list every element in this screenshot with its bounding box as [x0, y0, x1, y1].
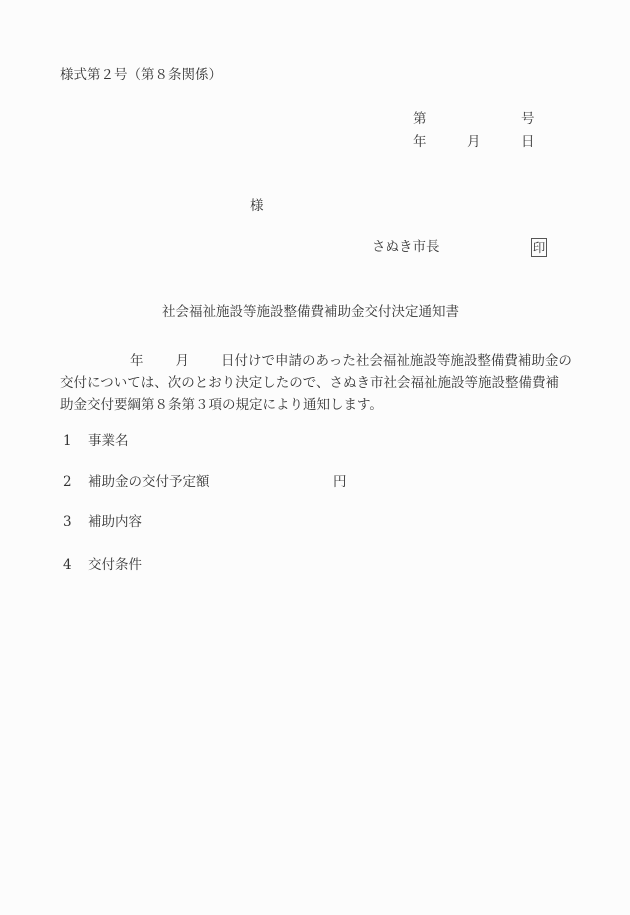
doc-number-prefix: 第 — [413, 113, 427, 127]
date-day-label: 日 — [521, 136, 535, 150]
body-line-3: 助金交付要綱第８条第３項の規定により通知します。 — [60, 394, 580, 416]
body-line-1-text: 日付けで申請のあった社会福祉施設等施設整備費補助金の — [221, 353, 572, 369]
date-year-label: 年 — [413, 136, 427, 150]
item-number: 4 — [63, 559, 72, 573]
addressee-honorific: 様 — [250, 200, 264, 214]
item-number: 2 — [63, 476, 72, 490]
item-number: 3 — [63, 516, 72, 530]
body-year-label: 年 — [130, 353, 144, 369]
body-paragraph: 年月日付けで申請のあった社会福祉施設等施設整備費補助金の 交付については、次のと… — [60, 350, 580, 416]
body-line-2: 交付については、次のとおり決定したので、さぬき市社会福祉施設等施設整備費補 — [60, 372, 580, 394]
item-label-project-name: 事業名 — [88, 435, 129, 449]
body-month-label: 月 — [176, 353, 190, 369]
sender-name: さぬき市長 — [372, 241, 440, 255]
date-month-label: 月 — [467, 136, 481, 150]
item-label-planned-amount: 補助金の交付予定額 — [88, 476, 210, 490]
item-label-subsidy-content: 補助内容 — [88, 516, 142, 530]
form-label: 様式第２号（第８条関係） — [60, 69, 222, 83]
document-title: 社会福祉施設等施設整備費補助金交付決定通知書 — [162, 306, 459, 320]
doc-number-suffix: 号 — [521, 113, 535, 127]
seal-stamp-icon: 印 — [531, 238, 547, 257]
item-label-grant-conditions: 交付条件 — [88, 559, 142, 573]
item-number: 1 — [63, 435, 72, 449]
item-unit-yen: 円 — [333, 476, 347, 490]
body-line-1: 年月日付けで申請のあった社会福祉施設等施設整備費補助金の — [60, 350, 580, 372]
